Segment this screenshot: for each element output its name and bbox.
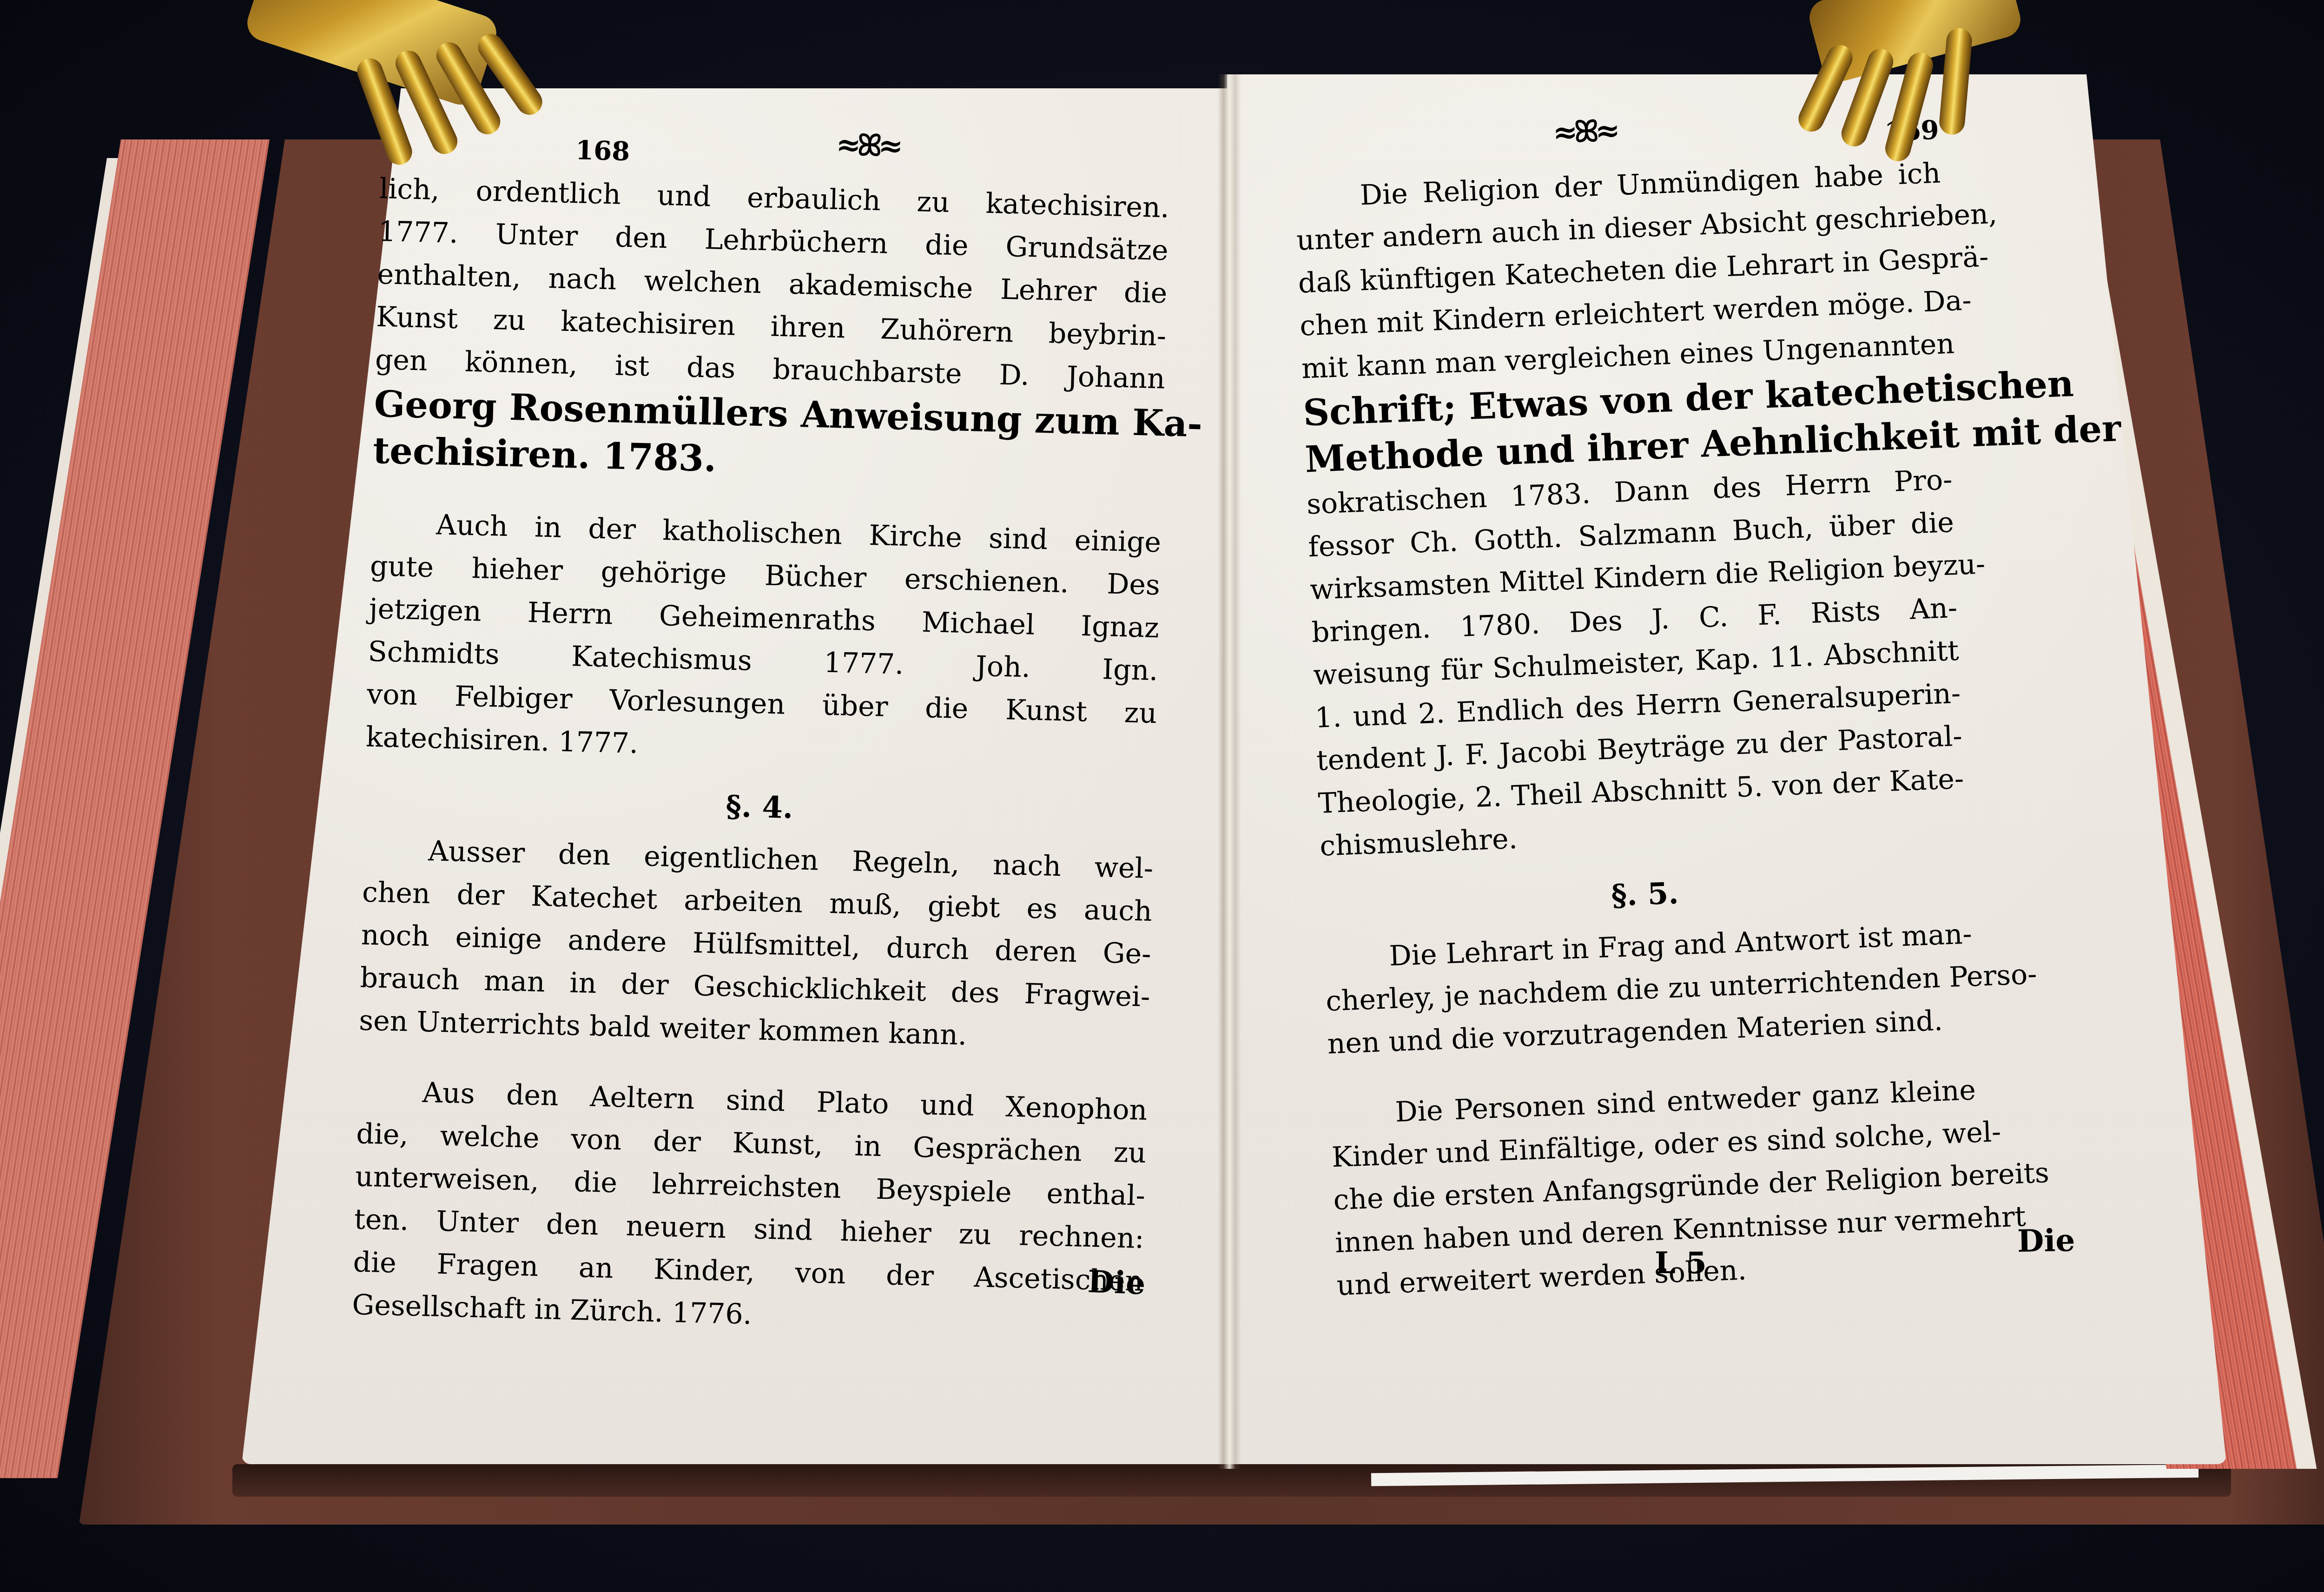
ornament-icon: ≈ꕤ≈ <box>1552 113 1617 150</box>
right-page-text: ≈ꕤ≈ 169 Die Religion der Unmündigen habe… <box>1292 101 1983 1307</box>
book-gutter <box>1218 74 1241 1469</box>
catchword: Die <box>1087 1263 1146 1301</box>
ornament-icon: ≈ꕤ≈ <box>836 127 900 164</box>
catchword: Die <box>2017 1222 2075 1259</box>
brass-page-holder-right-icon <box>1757 0 2082 158</box>
left-page-text: 168 ≈ꕤ≈ lich, ordentlich und erbaulich z… <box>351 116 1171 1346</box>
signature-mark: L 5 <box>1655 1246 1707 1281</box>
brass-page-holder-left-icon <box>195 0 614 177</box>
